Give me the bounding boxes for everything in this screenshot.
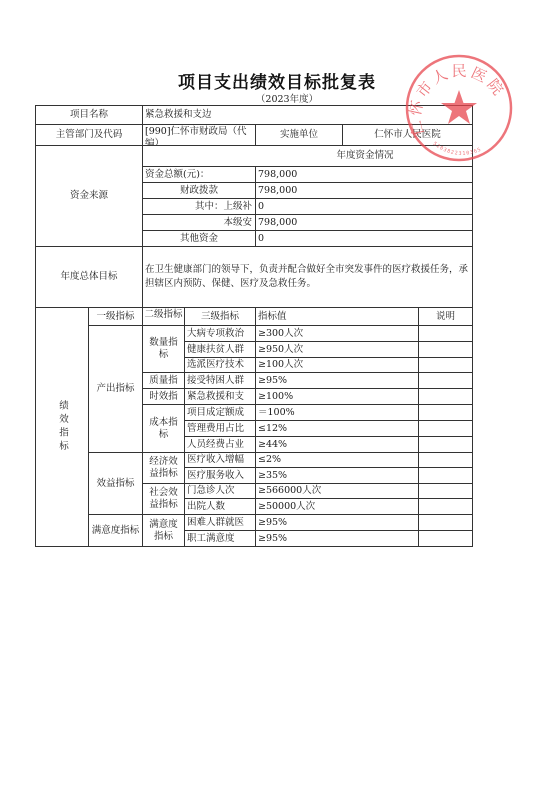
project-name-label: 项目名称 (35, 105, 143, 125)
level3-label: 人员经费占业 (184, 436, 256, 453)
header-value: 指标值 (255, 307, 419, 326)
indicator-value: ≥100人次 (255, 357, 419, 373)
indicator-value: ≥100% (255, 388, 419, 405)
indicator-note (418, 388, 473, 405)
indicator-note (418, 325, 473, 342)
level2-quantity: 数量指标 (142, 325, 185, 373)
indicator-note (418, 514, 473, 531)
header-level1: 一级指标 (88, 307, 143, 326)
indicator-note (418, 530, 473, 547)
funding-label-other: 其他资金 (142, 230, 256, 247)
performance-section-text: 绩效指标 (56, 400, 68, 454)
indicator-note (418, 483, 473, 499)
indicator-note (418, 357, 473, 373)
level3-label: 门急诊人次 (184, 483, 256, 499)
funding-value-fiscal: 798,000 (255, 182, 473, 199)
funding-value-total: 798,000 (255, 166, 473, 183)
document-title: 项目支出绩效目标批复表 (0, 68, 554, 93)
funding-label-fiscal: 财政拨款 (142, 182, 256, 199)
level2-cost: 成本指标 (142, 404, 185, 453)
indicator-note (418, 404, 473, 421)
level3-label: 项目成定额成 (184, 404, 256, 421)
funding-value-other: 0 (255, 230, 473, 247)
indicator-value: ≥50000人次 (255, 498, 419, 515)
impl-unit-value: 仁怀市人民医院 (342, 124, 473, 146)
level3-label: 医疗服务收入 (184, 467, 256, 484)
indicator-value: ≥95% (255, 372, 419, 389)
indicator-note (418, 498, 473, 515)
indicator-value: ≥300人次 (255, 325, 419, 342)
indicator-value: ≤2% (255, 452, 419, 468)
level3-label: 健康扶贫人群 (184, 341, 256, 358)
indicator-note (418, 452, 473, 468)
level3-label: 管理费用占比 (184, 420, 256, 437)
level1-benefit: 效益指标 (88, 452, 143, 515)
indicator-note (418, 436, 473, 453)
indicator-value: ≥95% (255, 530, 419, 547)
funding-label-local: 本级安 (142, 214, 256, 231)
level3-label: 出院人数 (184, 498, 256, 515)
header-level3: 三级指标 (184, 307, 256, 326)
header-note: 说明 (418, 307, 473, 326)
level3-label: 紧急救援和支 (184, 388, 256, 405)
dept-label: 主管部门及代码 (35, 124, 143, 146)
level2-quality: 质量指 (142, 372, 185, 389)
funding-value-upper: 0 (255, 198, 473, 215)
level3-label: 职工满意度 (184, 530, 256, 547)
level3-label: 医疗收入增幅 (184, 452, 256, 468)
level3-label: 大病专项救治 (184, 325, 256, 342)
level2-economic: 经济效益指标 (142, 452, 185, 484)
indicator-value: ＝100% (255, 404, 419, 421)
header-level2: 二级指标 (142, 307, 185, 326)
indicator-value: ≥35% (255, 467, 419, 484)
level2-satisfaction: 满意度指标 (142, 514, 185, 547)
indicator-value: ≥566000人次 (255, 483, 419, 499)
annual-goal-text: 在卫生健康部门的领导下，负责并配合做好全市突发事件的医疗救援任务，承担辖区内预防… (142, 246, 473, 308)
level3-label: 困难人群就医 (184, 514, 256, 531)
project-name-value: 紧急救援和支边 (142, 105, 473, 125)
indicator-note (418, 420, 473, 437)
annual-goal-label: 年度总体目标 (35, 246, 143, 308)
dept-value: [990]仁怀市财政局（代编） (142, 124, 256, 146)
document-year: （2023年度） (0, 91, 554, 105)
indicator-note (418, 467, 473, 484)
indicator-value: ≥950人次 (255, 341, 419, 358)
funding-section-label: 资金来源 (35, 145, 143, 247)
funding-value-local: 798,000 (255, 214, 473, 231)
funding-header: 年度资金情况 (142, 145, 473, 167)
level1-output: 产出指标 (88, 325, 143, 453)
indicator-value: ≥44% (255, 436, 419, 453)
funding-label-upper: 其中：上级补 (142, 198, 256, 215)
indicator-value: ≤12% (255, 420, 419, 437)
funding-label-total: 资金总额(元)： (142, 166, 256, 183)
level2-timeliness: 时效指 (142, 388, 185, 405)
level2-social: 社会效益指标 (142, 483, 185, 515)
indicator-note (418, 341, 473, 358)
performance-section-label: 绩效指标 (35, 307, 89, 547)
impl-unit-label: 实施单位 (255, 124, 343, 146)
indicator-note (418, 372, 473, 389)
level1-satisfaction: 满意度指标 (88, 514, 143, 547)
level3-label: 接受特困人群 (184, 372, 256, 389)
level3-label: 选派医疗技术 (184, 357, 256, 373)
indicator-value: ≥95% (255, 514, 419, 531)
